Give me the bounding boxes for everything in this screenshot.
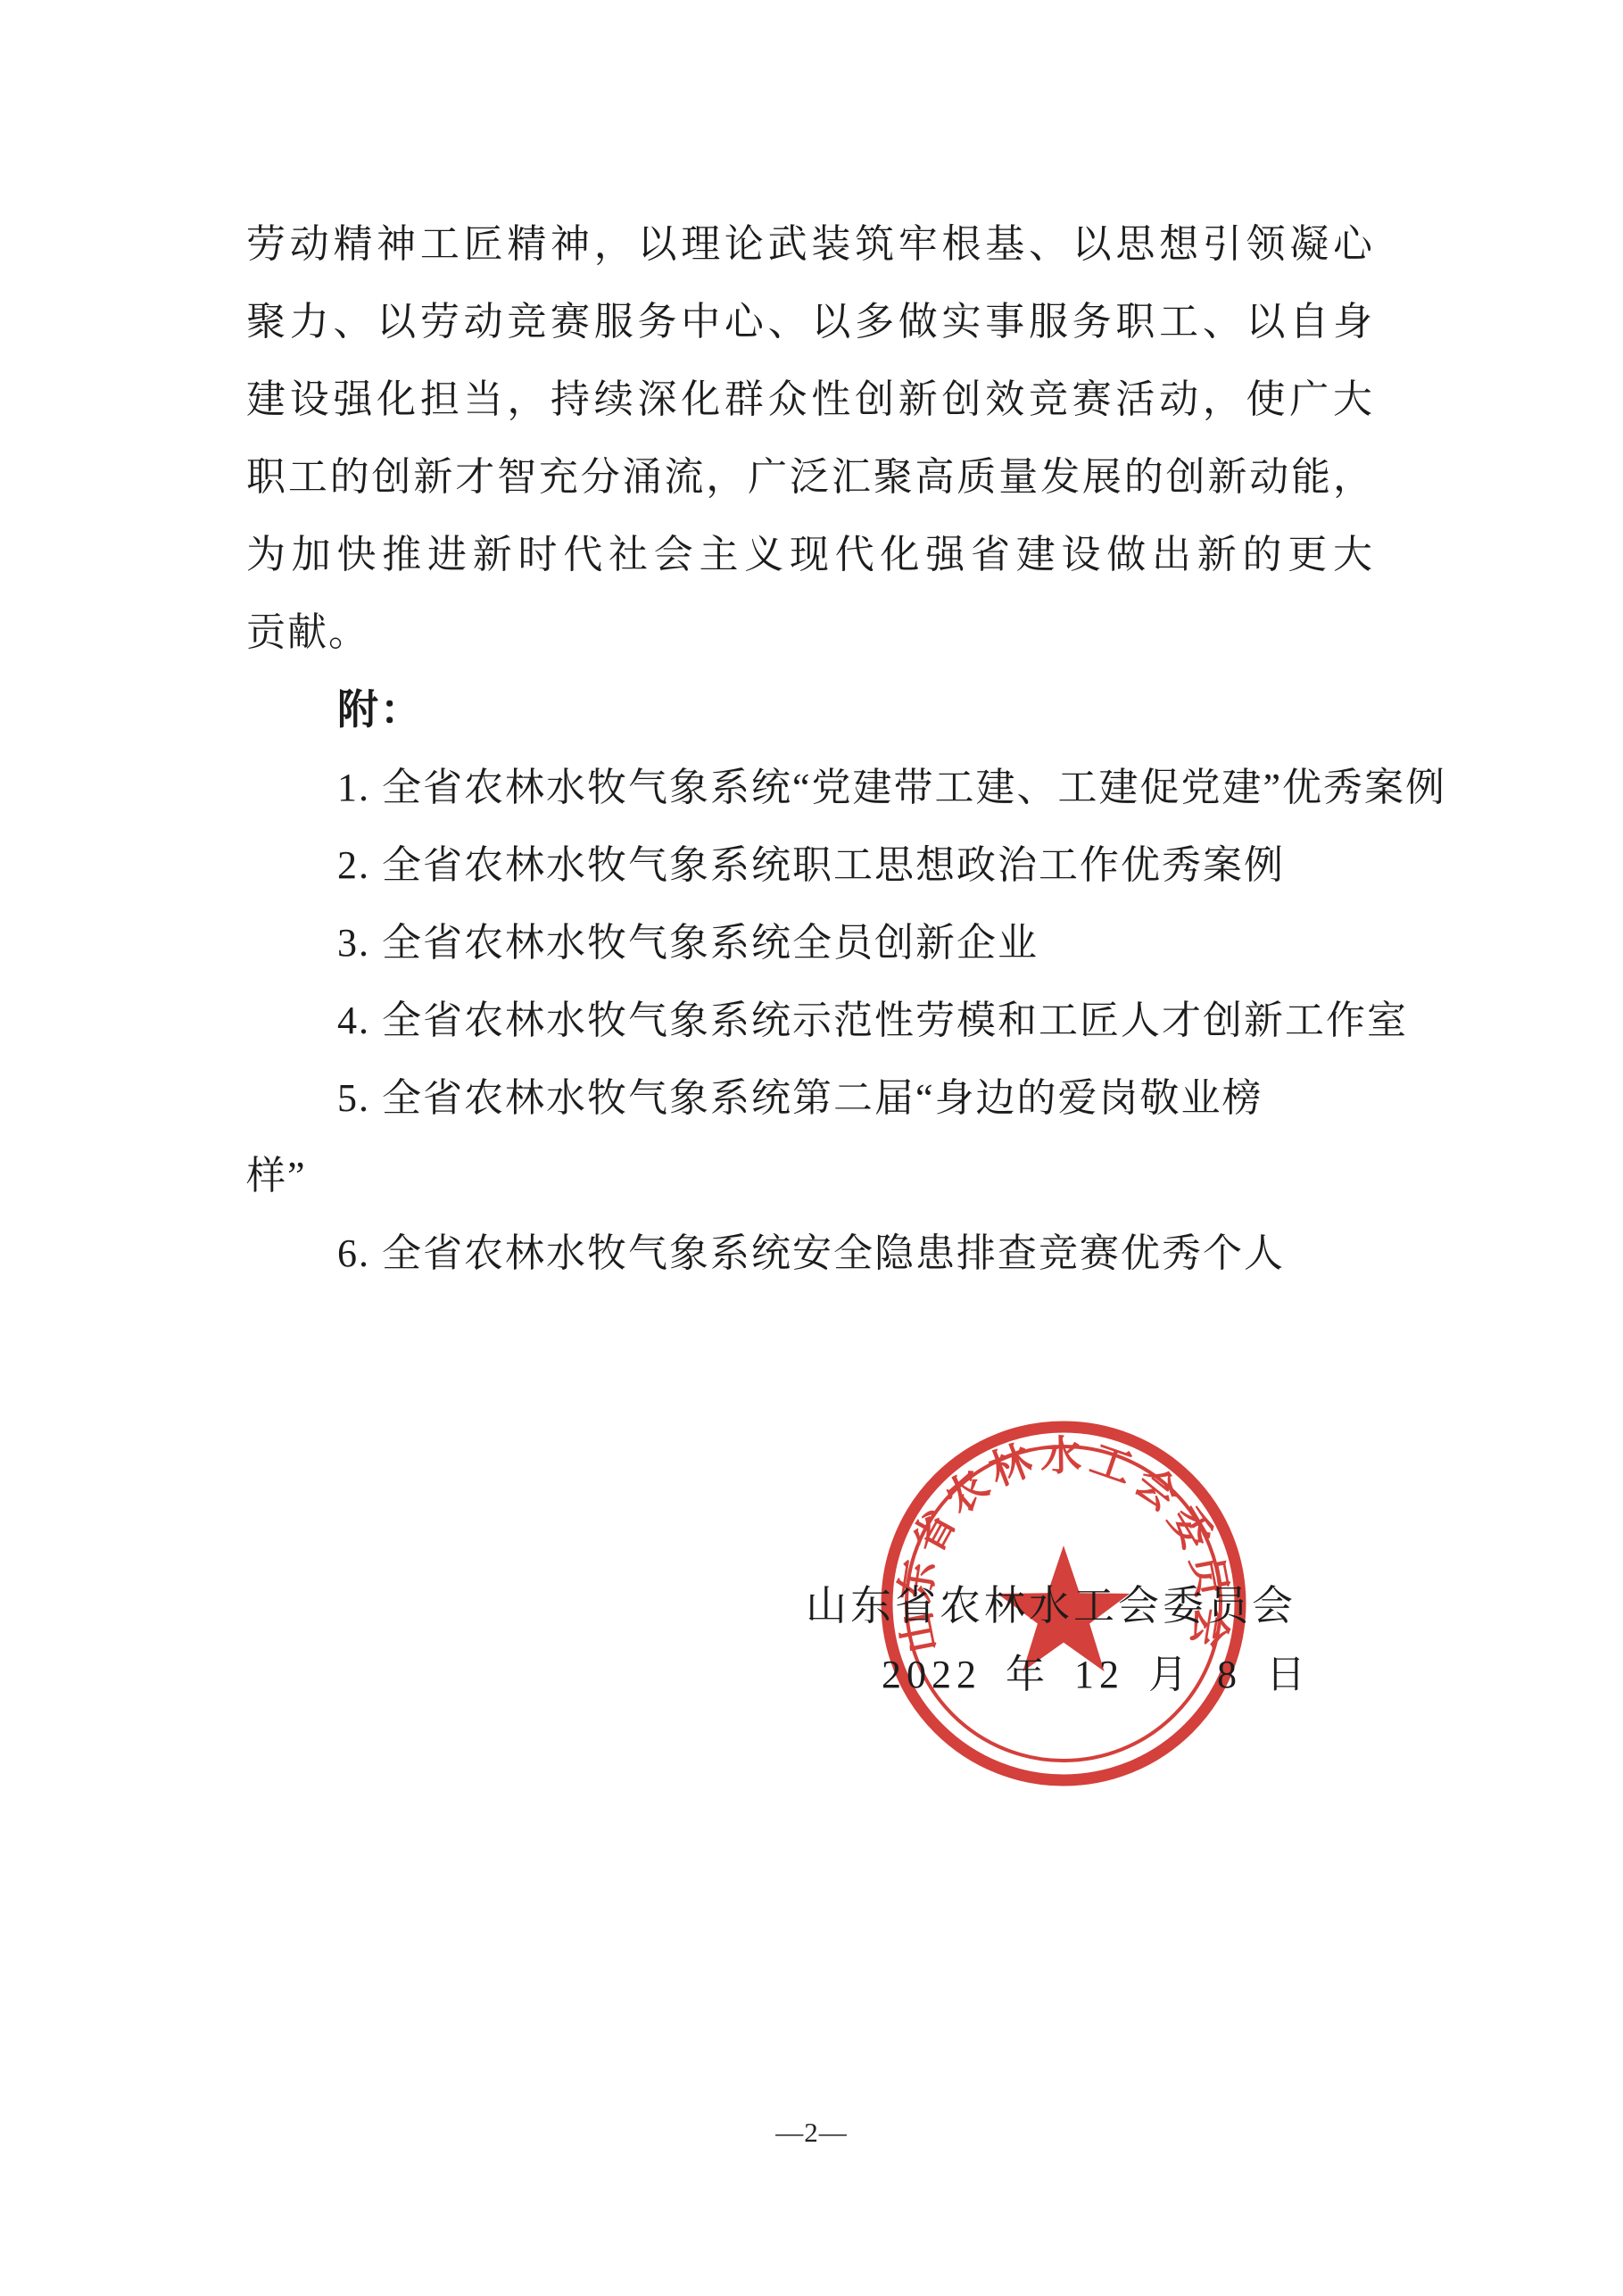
paragraph-line: 聚力、以劳动竞赛服务中心、以多做实事服务职工、以自身 [246,283,1374,361]
paragraph-line: 劳动精神工匠精神，以理论武装筑牢根基、以思想引领凝心 [246,205,1374,283]
signature-date: 2022 年 12 月 8 日 [882,1642,1238,1699]
paragraph-line: 建设强化担当，持续深化群众性创新创效竞赛活动，使广大 [246,361,1374,438]
attachment-item: 2. 全省农林水牧气象系统职工思想政治工作优秀案例 [246,826,1374,904]
attachment-item: 3. 全省农林水牧气象系统全员创新企业 [246,904,1374,982]
signature-organization: 山东省农林水工会委员会 [806,1573,1305,1632]
paragraph-line: 为加快推进新时代社会主义现代化强省建设做出新的更大 [246,516,1374,593]
attachment-item: 1. 全省农林水牧气象系统“党建带工建、工建促党建”优秀案例 [246,749,1374,826]
document-page: 劳动精神工匠精神，以理论武装筑牢根基、以思想引领凝心 聚力、以劳动竞赛服务中心、… [0,0,1623,2296]
attachment-item: 5. 全省农林水牧气象系统第二届“身边的爱岗敬业榜 [246,1059,1374,1137]
attachment-item: 4. 全省农林水牧气象系统示范性劳模和工匠人才创新工作室 [246,982,1374,1059]
body-text-block: 劳动精神工匠精神，以理论武装筑牢根基、以思想引领凝心 聚力、以劳动竞赛服务中心、… [246,205,1374,1292]
attachment-item-wrap: 样” [246,1137,1374,1214]
paragraph-line: 职工的创新才智充分涌流，广泛汇聚高质量发展的创新动能， [246,438,1374,516]
attachment-item: 6. 全省农林水牧气象系统安全隐患排查竞赛优秀个人 [246,1214,1374,1292]
paragraph-line: 贡献。 [246,593,1374,671]
attachment-label: 附： [246,671,1374,749]
page-number: —2— [0,2117,1623,2149]
